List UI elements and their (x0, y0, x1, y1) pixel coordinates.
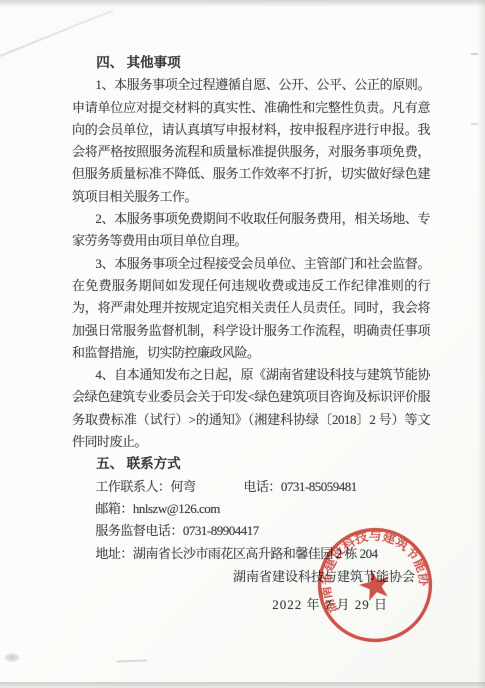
scan-smudge (4, 653, 20, 662)
paragraph-3: 3、本服务事项全过程接受会员单位、主管部门和社会监督。在免费服务期间如发现任何违… (72, 253, 430, 364)
contact-email: 邮箱：hnlszw@126.com (72, 498, 430, 520)
contact-address: 地址：湖南省长沙市雨花区高升路和馨佳园 2 栋 204 (72, 543, 430, 565)
scan-bottom-edge (0, 682, 485, 688)
paragraph-4: 4、自本通知发布之日起，原《湖南省建设科技与建筑节能协会绿色建筑专业委员会关于印… (72, 364, 430, 453)
section-heading-contact: 五、 联系方式 (72, 453, 430, 475)
contact-person-row: 工作联系人：何弯电话：0731-85059481 (72, 476, 430, 498)
signature-date: 2022 年 7 月 29 日 (0, 594, 388, 613)
scan-top-edge (0, 0, 485, 7)
scanned-document-page: 四、 其他事项 1、本服务事项全过程遵循自愿、公开、公平、公正的原则。申请单位应… (0, 0, 485, 688)
paragraph-2: 2、本服务事项免费期间不收取任何服务费用，相关场地、专家劳务等费用由项目单位自理… (72, 208, 430, 253)
paragraph-1: 1、本服务事项全过程遵循自愿、公开、公平、公正的原则。申请单位应对提交材料的真实… (72, 74, 430, 208)
section-heading-other-matters: 四、 其他事项 (72, 52, 430, 74)
scan-right-edge (477, 0, 485, 688)
signature-organization: 湖南省建设科技与建筑节能协会 (0, 566, 415, 585)
scan-smudge (117, 659, 147, 662)
contact-supervision-phone: 服务监督电话：0731-89904417 (72, 520, 430, 542)
contact-phone: 电话：0731-85059481 (243, 479, 356, 494)
document-body: 四、 其他事项 1、本服务事项全过程遵循自愿、公开、公平、公正的原则。申请单位应… (72, 52, 430, 565)
contact-person: 工作联系人：何弯 (95, 479, 195, 494)
